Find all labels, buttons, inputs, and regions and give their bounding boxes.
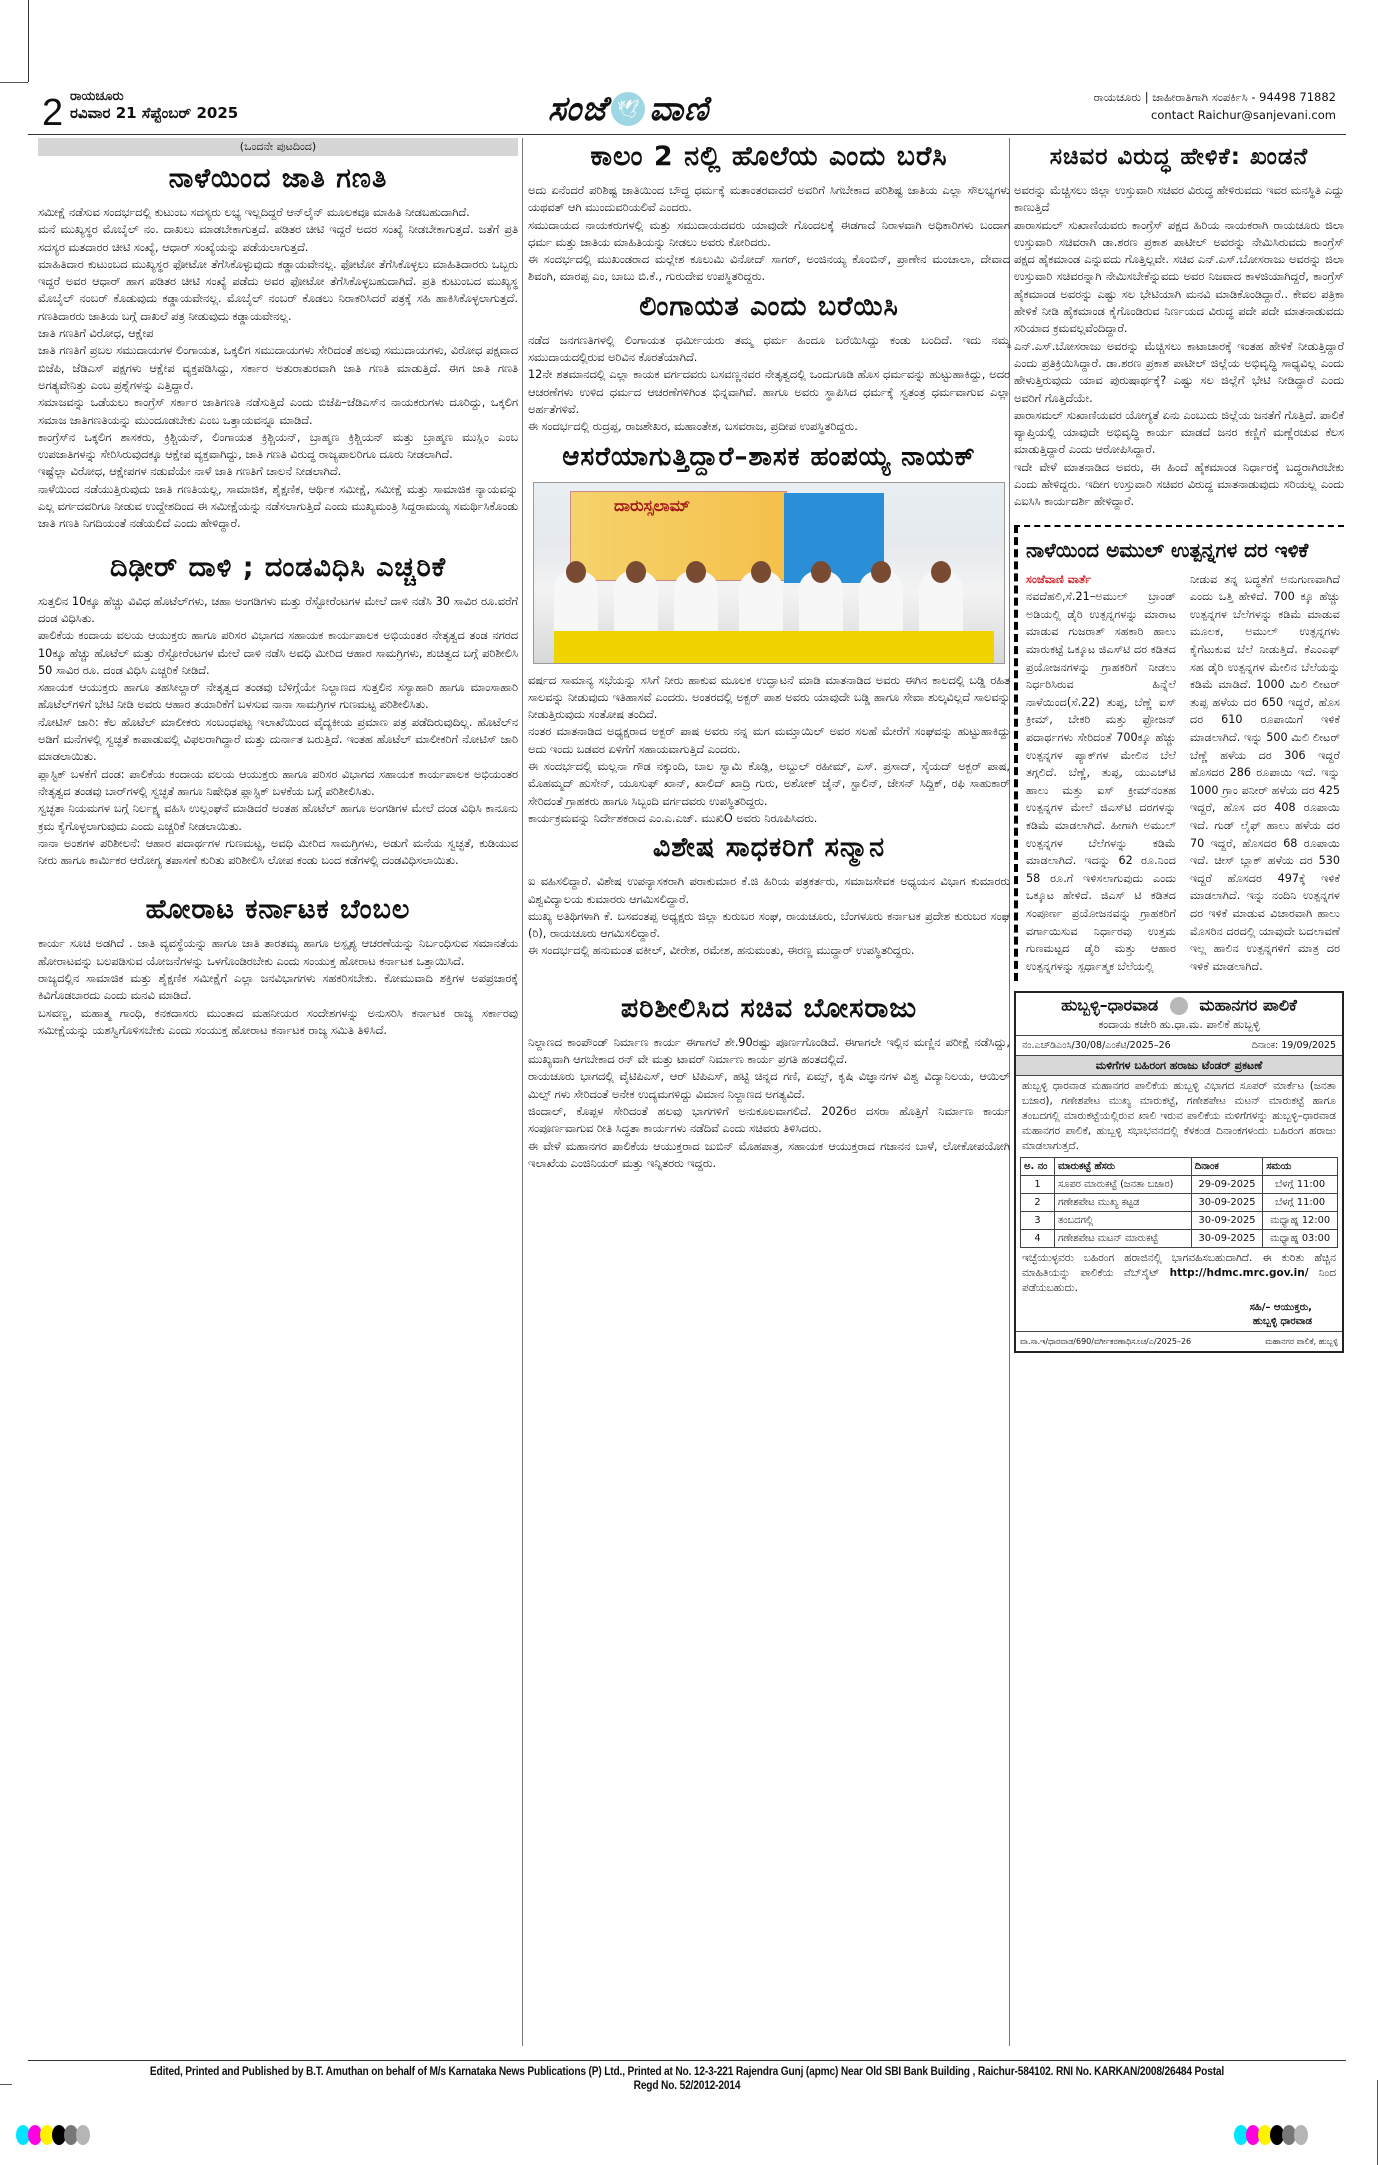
paragraph: ಸಮುದಾಯದ ನಾಯಕರುಗಳಲ್ಲಿ ಮತ್ತು ಸಮುದಾಯದವರು ಯಾ… bbox=[528, 217, 1010, 252]
paragraph: 12ನೇ ಶತಮಾನದಲ್ಲಿ ಎಲ್ಲಾ ಕಾಯಕ ವರ್ಗದವರು ಬಸವಣ… bbox=[528, 366, 1010, 418]
article-column2-holeya: ಕಾಲಂ 2 ನಲ್ಲಿ ಹೊಲೆಯ ಎಂದು ಬರೆಸಿ ಅದು ಏನೆಂದರ… bbox=[528, 138, 1010, 286]
contact-email: contact Raichur@sanjevani.com bbox=[1094, 106, 1336, 124]
signature-line: ಹುಬ್ಬಳ್ಳಿ ಧಾರವಾಡ bbox=[1022, 1315, 1312, 1329]
paragraph: ಸುತ್ತಲಿನ 10ಕ್ಕೂ ಹೆಚ್ಚು ವಿವಿಧ ಹೊಟೆಲ್‌ಗಳು,… bbox=[38, 593, 518, 628]
column-header: ದಿನಾಂಕ bbox=[1191, 1158, 1262, 1176]
paragraph: ಕಾರ್ಯ ಸೂಚಿ ಅಡಗಿದೆ . ಜಾತಿ ವ್ಯವಸ್ಥೆಯನ್ನು ಹ… bbox=[38, 935, 518, 970]
photo-head bbox=[751, 561, 771, 583]
logo-text-right: ವಾಣಿ bbox=[649, 89, 709, 129]
cell-market: ತಂಬದಗಲ್ಲಿ bbox=[1054, 1212, 1191, 1230]
photo-banner-text: ದಾರುಸ್ಸಲಾಮ್ bbox=[614, 497, 690, 514]
paragraph: ಜಿಂದಾಲ್, ಕೊಪ್ಪಳ ಸೇರಿದಂತೆ ಹಲವು ಭಾಗಗಳಿಗೆ ಅ… bbox=[528, 1103, 1010, 1138]
headline: ಹೋರಾಟ ಕರ್ನಾಟಕ ಬೆಂಬಲ bbox=[38, 891, 518, 929]
paragraph: ಸಮಾಜವನ್ನು ಒಡೆಯಲು ಕಾಂಗ್ರೆಸ್ ಸರ್ಕಾರ ಜಾತಿಗಣ… bbox=[38, 394, 518, 429]
notice-body: ಹುಬ್ಬಳ್ಳಿ ಧಾರವಾಡ ಮಹಾನಗರ ಪಾಲಿಕೆಯ ಹುಬ್ಬಳ್ಳ… bbox=[1016, 1076, 1342, 1157]
lightgray-dot-icon bbox=[1294, 2125, 1308, 2145]
cell-time: ಮಧ್ಯಾಹ್ನ 12:00 bbox=[1263, 1212, 1338, 1230]
photo-head bbox=[626, 561, 646, 583]
paragraph: ನಾನಾ ಅಂಶಗಳ ಪರಿಶೀಲನೆ: ಆಹಾರ ಪದಾರ್ಥಗಳ ಗುಣಮಟ… bbox=[38, 835, 518, 870]
event-photo: ದಾರುಸ್ಸಲಾಮ್ bbox=[533, 482, 1005, 664]
dateline: ರಾಯಚೂರು ರವಿವಾರ 21 ಸೆಪ್ಟೆಂಬರ್ 2025 bbox=[70, 88, 238, 122]
paragraph: ಬಸವಣ್ಣ, ಮಹಾತ್ಮ ಗಾಂಧಿ, ಕನಕದಾಸರು ಮುಂತಾದ ಮಹ… bbox=[38, 1005, 518, 1040]
cell-market: ಗಣೇಶಪೇಟ ಮುಖ್ಯ ಕಟ್ಟಡ bbox=[1054, 1194, 1191, 1212]
signature-line: ಮಹಾನಗರ ಪಾಲಿಕೆ, ಹುಬ್ಬಳ್ಳಿ bbox=[1265, 1334, 1338, 1349]
cell-serial: 1 bbox=[1021, 1176, 1055, 1194]
org-name: ಹುಬ್ಬಳ್ಳಿ–ಧಾರವಾಡ bbox=[1061, 996, 1158, 1015]
masthead: 2 ರಾಯಚೂರು ರವಿವಾರ 21 ಸೆಪ್ಟೆಂಬರ್ 2025 ಸಂಜೆ… bbox=[28, 86, 1346, 135]
paragraph: ನಡೆದ ಜನಗಣತಿಗಳಲ್ಲಿ ಲಿಂಗಾಯತ ಧರ್ಮೀಯರು ತಮ್ಮ … bbox=[528, 332, 1010, 367]
left-column: (ಒಂದನೇ ಪುಟದಿಂದ) ನಾಳೆಯಿಂದ ಜಾತಿ ಗಣತಿ ಸಮೀಕ್… bbox=[38, 138, 518, 1039]
paragraph: ಜಾತಿ ಗಣತಿಗೆ ಪ್ರಬಲ ಸಮುದಾಯಗಳ ಲಿಂಗಾಯತ, ಒಕ್ಕ… bbox=[38, 342, 518, 394]
middle-column: ಕಾಲಂ 2 ನಲ್ಲಿ ಹೊಲೆಯ ಎಂದು ಬರೆಸಿ ಅದು ಏನೆಂದರ… bbox=[528, 138, 1010, 1172]
column-header: ಮಾರುಕಟ್ಟೆ ಹೆಸರು bbox=[1054, 1158, 1191, 1176]
ad-reference: ವಾ.ಸಾ.ಇ/ಧಾರವಾಡ/690/ವರ್ಗೀಕರಣಾಧಿಸೂಚ/ಎ/2025… bbox=[1020, 1334, 1191, 1349]
notice-office: ಕಂದಾಯ ಕಚೇರಿ ಹು.ಧಾ.ಮ. ಪಾಲಿಕೆ ಹುಬ್ಬಳ್ಳಿ bbox=[1016, 1017, 1342, 1036]
paragraph: ನಾಳೆಯಿಂದ ನಡೆಯುತ್ತಿರುವುದು ಜಾತಿ ಗಣತಿಯಲ್ಲ, … bbox=[38, 481, 518, 533]
paragraph: ವರ್ಷದ ಸಾಮಾನ್ಯ ಸಭೆಯನ್ನು ಸಸಿಗೆ ನೀರು ಹಾಕುವ … bbox=[528, 672, 1010, 724]
headline: ದಿಢೀರ್ ದಾಳಿ ; ದಂಡವಿಧಿಸಿ ಎಚ್ಚರಿಕೆ bbox=[38, 549, 518, 587]
paragraph: ನಂತರ ಮಾತನಾಡಿದ ಅಧ್ಯಕ್ಷರಾದ ಅಕ್ಬರ್ ಪಾಷ ಅವರು… bbox=[528, 723, 1010, 758]
byline: ಸಂಜೆವಾಣಿ ವಾರ್ತೆ bbox=[1026, 571, 1176, 589]
paragraph: ಮಾಹಿತಿದಾರ ಕುಟುಂಬದ ಮುಖ್ಯಸ್ಥರ ಫೋಟೋ ತೆಗೆಸಿಕ… bbox=[38, 256, 518, 325]
paragraph: ರಾಯಚೂರು ಭಾಗದಲ್ಲಿ ವೈಟಿಪಿಎಸ್, ಆರ್ ಟಿಪಿಎಸ್,… bbox=[528, 1068, 1010, 1103]
dove-icon: 🕊 bbox=[611, 92, 645, 126]
paragraph: ಸಹಾಯಕ ಆಯುಕ್ತರು ಹಾಗೂ ತಹಸೀಲ್ದಾರ್ ನೇತೃತ್ವದ … bbox=[38, 679, 518, 714]
paragraph: ಎನ್.ಎಸ್.ಬೋಸರಾಜು ಅವರನ್ನು ಮೆಚ್ಚಿಸಲು ಕಾಟಾಚಾ… bbox=[1014, 338, 1344, 407]
article-lingayat: ಲಿಂಗಾಯತ ಎಂದು ಬರೆಯಿಸಿ ನಡೆದ ಜನಗಣತಿಗಳಲ್ಲಿ ಲ… bbox=[528, 288, 1010, 436]
cell-time: ಬೆಳಗ್ಗೆ 11:00 bbox=[1263, 1194, 1338, 1212]
headline: ಕಾಲಂ 2 ನಲ್ಲಿ ಹೊಲೆಯ ಎಂದು ಬರೆಸಿ bbox=[528, 138, 1010, 176]
headline: ಲಿಂಗಾಯತ ಎಂದು ಬರೆಯಿಸಿ bbox=[528, 288, 1010, 326]
article-minister-bosaraju: ಪರಿಶೀಲಿಸಿದ ಸಚಿವ ಬೋಸರಾಜು ನಿಲ್ದಾಣದ ಕಾಂಪೌಂಡ… bbox=[528, 990, 1010, 1172]
paragraph: ರಾಜ್ಯದಲ್ಲಿನ ಸಾಮಾಜಿಕ ಮತ್ತು ಶೈಕ್ಷಣಿಕ ಸಮೀಕ್… bbox=[38, 970, 518, 1005]
paragraph: ಈ ಸಂದರ್ಭದಲ್ಲಿ ಹನುಮಂತ ವಕೀಲ್, ವೀರೇಶ, ರಮೇಶ,… bbox=[528, 942, 1010, 959]
table-row: 4 ಗಣೇಶಪೇಟ ಮಟನ್ ಮಾರುಕಟ್ಟೆ 30-09-2025 ಮಧ್ಯ… bbox=[1021, 1230, 1338, 1248]
auction-schedule-table: ಅ. ನಂ ಮಾರುಕಟ್ಟೆ ಹೆಸರು ದಿನಾಂಕ ಸಮಯ 1 ಸೂಪರ … bbox=[1020, 1157, 1338, 1248]
continued-label: (ಒಂದನೇ ಪುಟದಿಂದ) bbox=[38, 138, 518, 156]
paragraph: ನೀಡುವ ತನ್ನ ಬದ್ಧತೆಗೆ ಅನುಗುಣವಾಗಿದೆ ಎಂದು ಒತ… bbox=[1190, 571, 1340, 976]
article-sudden-raid: ದಿಢೀರ್ ದಾಳಿ ; ದಂಡವಿಧಿಸಿ ಎಚ್ಚರಿಕೆ ಸುತ್ತಲಿ… bbox=[38, 549, 518, 870]
signature-line: ಸಹಿ/– ಆಯುಕ್ತರು, bbox=[1022, 1301, 1312, 1315]
headline: ಸಚಿವರ ವಿರುದ್ಧ ಹೇಳಿಕೆ: ಖಂಡನೆ bbox=[1014, 138, 1344, 176]
article-hampayya-nayak: ಆಸರೆಯಾಗುತ್ತಿದ್ದಾರೆ–ಶಾಸಕ ಹಂಪಯ್ಯ ನಾಯಕ್ ದಾರ… bbox=[528, 438, 1010, 828]
footer-divider bbox=[28, 2060, 1346, 2061]
column-divider bbox=[522, 138, 523, 2046]
article-horata-karnataka: ಹೋರಾಟ ಕರ್ನಾಟಕ ಬೆಂಬಲ ಕಾರ್ಯ ಸೂಚಿ ಅಡಗಿದೆ . … bbox=[38, 891, 518, 1039]
paragraph: ನೋಟಿಸ್ ಜಾರಿ: ಕೆಲ ಹೊಟೆಲ್ ಮಾಲೀಕರು ಸಂಬಂಧಪಟ್… bbox=[38, 714, 518, 766]
cell-market: ಸೂಪರ ಮಾರುಕಟ್ಟೆ (ಜನತಾ ಬಜಾರ) bbox=[1054, 1176, 1191, 1194]
ad-contact: ರಾಯಚೂರು | ಜಾಹೀರಾತಿಗಾಗಿ ಸಂಪರ್ಕಿಸಿ - 94498… bbox=[1094, 88, 1336, 106]
paragraph: ಪಾಲಿಕೆಯ ಕಂದಾಯ ವಲಯ ಆಯುಕ್ತರು ಹಾಗೂ ಪರಿಸರ ವಿ… bbox=[38, 627, 518, 679]
photo-table bbox=[554, 631, 994, 663]
photo-backdrop bbox=[784, 493, 884, 583]
notice-org: ಹುಬ್ಬಳ್ಳಿ–ಧಾರವಾಡ ಮಹಾನಗರ ಪಾಲಿಕೆ bbox=[1016, 993, 1342, 1017]
notice-footer: ವಾ.ಸಾ.ಇ/ಧಾರವಾಡ/690/ವರ್ಗೀಕರಣಾಧಿಸೂಚ/ಎ/2025… bbox=[1016, 1331, 1342, 1351]
registration-marks-right bbox=[1234, 2125, 1306, 2145]
headline: ಆಸರೆಯಾಗುತ್ತಿದ್ದಾರೆ–ಶಾಸಕ ಹಂಪಯ್ಯ ನಾಯಕ್ bbox=[528, 438, 1010, 476]
emblem-icon bbox=[1170, 997, 1188, 1015]
paragraph: ಪ್ಲಾಸ್ಟಿಕ್ ಬಳಕೆಗೆ ದಂಡ: ಪಾಲಿಕೆಯ ಕಂದಾಯ ವಲಯ… bbox=[38, 766, 518, 801]
org-name-2: ಮಹಾನಗರ ಪಾಲಿಕೆ bbox=[1199, 996, 1296, 1015]
paragraph: ಪಾರಾಸಮಲ್ ಸುಖಾಣಿಯವರ ಯೋಗ್ಯತೆ ಏನು ಎಂಬುದು ಜಿ… bbox=[1014, 407, 1344, 459]
photo-head bbox=[871, 561, 891, 583]
paragraph: ನಿಲ್ದಾಣದ ಕಾಂಪೌಂಡ್ ನಿರ್ಮಾಣ ಕಾರ್ಯ ಈಗಾಗಲೆ ಶ… bbox=[528, 1034, 1010, 1069]
table-row: 1 ಸೂಪರ ಮಾರುಕಟ್ಟೆ (ಜನತಾ ಬಜಾರ) 29-09-2025 … bbox=[1021, 1176, 1338, 1194]
notice-signature: ಸಹಿ/– ಆಯುಕ್ತರು, ಹುಬ್ಬಳ್ಳಿ ಧಾರವಾಡ bbox=[1016, 1299, 1342, 1331]
paragraph: ಸಮೀಕ್ಷೆ ನಡೆಸುವ ಸಂದರ್ಭದಲ್ಲಿ ಕುಟುಂಬ ಸದಸ್ಯರ… bbox=[38, 204, 518, 221]
cell-date: 30-09-2025 bbox=[1191, 1194, 1262, 1212]
city-name: ರಾಯಚೂರು bbox=[70, 88, 238, 105]
article-caste-census: ನಾಳೆಯಿಂದ ಜಾತಿ ಗಣತಿ ಸಮೀಕ್ಷೆ ನಡೆಸುವ ಸಂದರ್ಭ… bbox=[38, 160, 518, 533]
cell-time: ಮಧ್ಯಾಹ್ನ 03:00 bbox=[1263, 1230, 1338, 1248]
table-row: 3 ತಂಬದಗಲ್ಲಿ 30-09-2025 ಮಧ್ಯಾಹ್ನ 12:00 bbox=[1021, 1212, 1338, 1230]
paragraph: ಇದೇ ವೇಳೆ ಮಾತನಾಡಿದ ಅವರು, ಈ ಹಿಂದೆ ಹೈಕಮಾಂಡ … bbox=[1014, 459, 1344, 511]
cell-date: 29-09-2025 bbox=[1191, 1176, 1262, 1194]
paragraph: ಇಷ್ಟೆಲ್ಲಾ ವಿರೋಧ, ಆಕ್ಷೇಪಗಳ ನಡುವೆಯೇ ನಾಳೆ ಜ… bbox=[38, 463, 518, 480]
right-column: ಸಚಿವರ ವಿರುದ್ಧ ಹೇಳಿಕೆ: ಖಂಡನೆ ಅವರನ್ನು ಮೆಚ್… bbox=[1014, 138, 1344, 1353]
paragraph: ಈ ಸಂದರ್ಭದಲ್ಲಿ ರುದ್ರಪ್ಪ, ರಾಜಶೇಖರ, ಮಹಾಂತೇಶ… bbox=[528, 418, 1010, 435]
cell-market: ಗಣೇಶಪೇಟ ಮಟನ್ ಮಾರುಕಟ್ಟೆ bbox=[1054, 1230, 1191, 1248]
article-special-achievers: ವಿಶೇಷ ಸಾಧಕರಿಗೆ ಸನ್ಮಾನ ಐ ವಹಿಸಲಿದ್ದಾರೆ. ವಿ… bbox=[528, 829, 1010, 959]
paragraph: ಐ ವಹಿಸಲಿದ್ದಾರೆ. ವಿಶೇಷ ಉಪನ್ಯಾಸಕರಾಗಿ ಪರಾಕು… bbox=[528, 873, 1010, 908]
headline: ಪರಿಶೀಲಿಸಿದ ಸಚಿವ ಬೋಸರಾಜು bbox=[528, 990, 1010, 1028]
article-body: ಸಂಜೆವಾಣಿ ವಾರ್ತೆ ನವದೆಹಲಿ,ಸೆ.21–ಅಮುಲ್ ಬ್ರಾ… bbox=[1026, 571, 1340, 976]
cell-time: ಬೆಳಗ್ಗೆ 11:00 bbox=[1263, 1176, 1338, 1194]
column-header: ಅ. ನಂ bbox=[1021, 1158, 1055, 1176]
registration-marks-left bbox=[16, 2125, 88, 2145]
notice-ref-no: ನಂ.ಎಚ್‌ಡಿಎಂಸಿ/30/08/ಎಂಕೆಟಿ/2025–26 bbox=[1022, 1038, 1171, 1053]
notice-date: ದಿನಾಂಕ: 19/09/2025 bbox=[1252, 1038, 1336, 1053]
logo-text-left: ಸಂಜೆ bbox=[548, 89, 607, 129]
page-number: 2 bbox=[42, 94, 63, 132]
cell-date: 30-09-2025 bbox=[1191, 1230, 1262, 1248]
imprint-line: Edited, Printed and Published by B.T. Am… bbox=[147, 2064, 1228, 2092]
paragraph: ಈ ಸಂದರ್ಭದಲ್ಲಿ ಮಲ್ಲನಾ ಗೌಡ ನಕ್ಕುಂದಿ, ಬಾಲ ಸ… bbox=[528, 758, 1010, 810]
newspaper-logo: ಸಂಜೆ 🕊 ವಾಣಿ bbox=[548, 88, 709, 130]
paragraph: ಮನೆ ಮುಖ್ಯಸ್ಥರ ಮೊಬೈಲ್ ನಂ. ದಾಖಲು ಮಾಡಬೇಕಾಗು… bbox=[38, 221, 518, 256]
column-header: ಸಮಯ bbox=[1263, 1158, 1338, 1176]
headline: ವಿಶೇಷ ಸಾಧಕರಿಗೆ ಸನ್ಮಾನ bbox=[528, 829, 1010, 867]
paragraph: ಈ ವೇಳೆ ಮಹಾನಗರ ಪಾಲಿಕೆಯ ಆಯುಕ್ತರಾದ ಜುಬಿನ್ ಮ… bbox=[528, 1138, 1010, 1173]
article-minister-statement: ಸಚಿವರ ವಿರುದ್ಧ ಹೇಳಿಕೆ: ಖಂಡನೆ ಅವರನ್ನು ಮೆಚ್… bbox=[1014, 138, 1344, 511]
paragraph: ಕಾರ್ಯಕ್ರಮವನ್ನು ನಿರ್ದೇಶಕರಾದ ಎಂ.ಎ.ಎಜ್. ಮುಖ… bbox=[528, 810, 1010, 827]
cell-serial: 2 bbox=[1021, 1194, 1055, 1212]
headline: ನಾಳೆಯಿಂದ ಜಾತಿ ಗಣತಿ bbox=[38, 160, 518, 198]
subheading: ಜಾತಿ ಗಣತಿಗೆ ವಿರೋಧ, ಆಕ್ಷೇಪ bbox=[38, 325, 518, 342]
paragraph: ಅವರನ್ನು ಮೆಚ್ಚಿಸಲು ಜಿಲ್ಲಾ ಉಸ್ತುವಾರಿ ಸಚಿವರ… bbox=[1014, 182, 1344, 217]
photo-head bbox=[566, 561, 586, 583]
photo-head bbox=[931, 561, 951, 583]
paragraph: ನವದೆಹಲಿ,ಸೆ.21–ಅಮುಲ್ ಬ್ರಾಂಡ್ ಅಡಿಯಲ್ಲಿ ಡೈರ… bbox=[1026, 588, 1176, 975]
photo-head bbox=[686, 561, 706, 583]
notice-website-link[interactable]: http://hdmc.mrc.gov.in/ bbox=[1170, 1267, 1309, 1279]
contact-info: ರಾಯಚೂರು | ಜಾಹೀರಾತಿಗಾಗಿ ಸಂಪರ್ಕಿಸಿ - 94498… bbox=[1094, 88, 1336, 124]
cell-serial: 4 bbox=[1021, 1230, 1055, 1248]
issue-date: ರವಿವಾರ 21 ಸೆಪ್ಟೆಂಬರ್ 2025 bbox=[70, 105, 238, 122]
notice-ref-row: ನಂ.ಎಚ್‌ಡಿಎಂಸಿ/30/08/ಎಂಕೆಟಿ/2025–26 ದಿನಾಂ… bbox=[1016, 1036, 1342, 1056]
cell-date: 30-09-2025 bbox=[1191, 1212, 1262, 1230]
photo-head bbox=[811, 561, 831, 583]
paragraph: ಪಾರಾಸಮಲ್ ಸುಖಾಣಿಯವರು ಕಾಂಗ್ರೆಸ್ ಪಕ್ಷದ ಹಿರಿ… bbox=[1014, 217, 1344, 338]
notice-footer-text: ಇಚ್ಛೆಯುಳ್ಳವರು ಬಹಿರಂಗ ಹರಾಜಿನಲ್ಲಿ ಭಾಗವಹಿಸಬ… bbox=[1016, 1248, 1342, 1299]
paragraph: ಮುಖ್ಯ ಅತಿಥಿಗಳಾಗಿ ಕೆ. ಬಸವಂತಪ್ಪ ಅಧ್ಯಕ್ಷರು … bbox=[528, 908, 1010, 943]
paragraph: ಅದು ಏನೆಂದರೆ ಪರಿಶಿಷ್ಟ ಜಾತಿಯಿಂದ ಬೌದ್ಧ ಧರ್ಮ… bbox=[528, 182, 1010, 217]
notice-title: ಮಳಿಗೆಗಳ ಬಹಿರಂಗ ಹರಾಜು ಟೆಂಡರ್ ಪ್ರಕಟಣೆ bbox=[1016, 1056, 1342, 1076]
paragraph: ಕಾಂಗ್ರೆಸ್‌ನ ಒಕ್ಕಲಿಗ ಶಾಸಕರು, ಕ್ರಿಶ್ಚಿಯನ್,… bbox=[38, 429, 518, 464]
crop-mark bbox=[28, 0, 29, 82]
crop-mark bbox=[0, 2084, 12, 2085]
tender-notice-ad: ಹುಬ್ಬಳ್ಳಿ–ಧಾರವಾಡ ಮಹಾನಗರ ಪಾಲಿಕೆ ಕಂದಾಯ ಕಚೇ… bbox=[1014, 991, 1344, 1353]
headline: ನಾಳೆಯಿಂದ ಅಮುಲ್ ಉತ್ಪನ್ನಗಳ ದರ ಇಳಿಕೆ bbox=[1026, 535, 1340, 565]
paragraph: ಈ ಸಂದರ್ಭದಲ್ಲಿ ಮುಖಂಡರಾದ ಮಲ್ಲೇಶ ಕೂಲುಮಿ ವಿನ… bbox=[528, 251, 1010, 286]
cell-serial: 3 bbox=[1021, 1212, 1055, 1230]
article-amul-price-cut: ನಾಳೆಯಿಂದ ಅಮುಲ್ ಉತ್ಪನ್ನಗಳ ದರ ಇಳಿಕೆ ಸಂಜೆವಾ… bbox=[1014, 525, 1344, 982]
crop-mark bbox=[0, 82, 28, 83]
article-column-a: ಸಂಜೆವಾಣಿ ವಾರ್ತೆ ನವದೆಹಲಿ,ಸೆ.21–ಅಮುಲ್ ಬ್ರಾ… bbox=[1026, 571, 1176, 976]
table-row: 2 ಗಣೇಶಪೇಟ ಮುಖ್ಯ ಕಟ್ಟಡ 30-09-2025 ಬೆಳಗ್ಗೆ… bbox=[1021, 1194, 1338, 1212]
paragraph: ಸ್ವಚ್ಛತಾ ನಿಯಮಗಳ ಬಗ್ಗೆ ನಿರ್ಲಕ್ಷ್ಯ ವಹಿಸಿ ಉ… bbox=[38, 800, 518, 835]
lightgray-dot-icon bbox=[76, 2125, 90, 2145]
